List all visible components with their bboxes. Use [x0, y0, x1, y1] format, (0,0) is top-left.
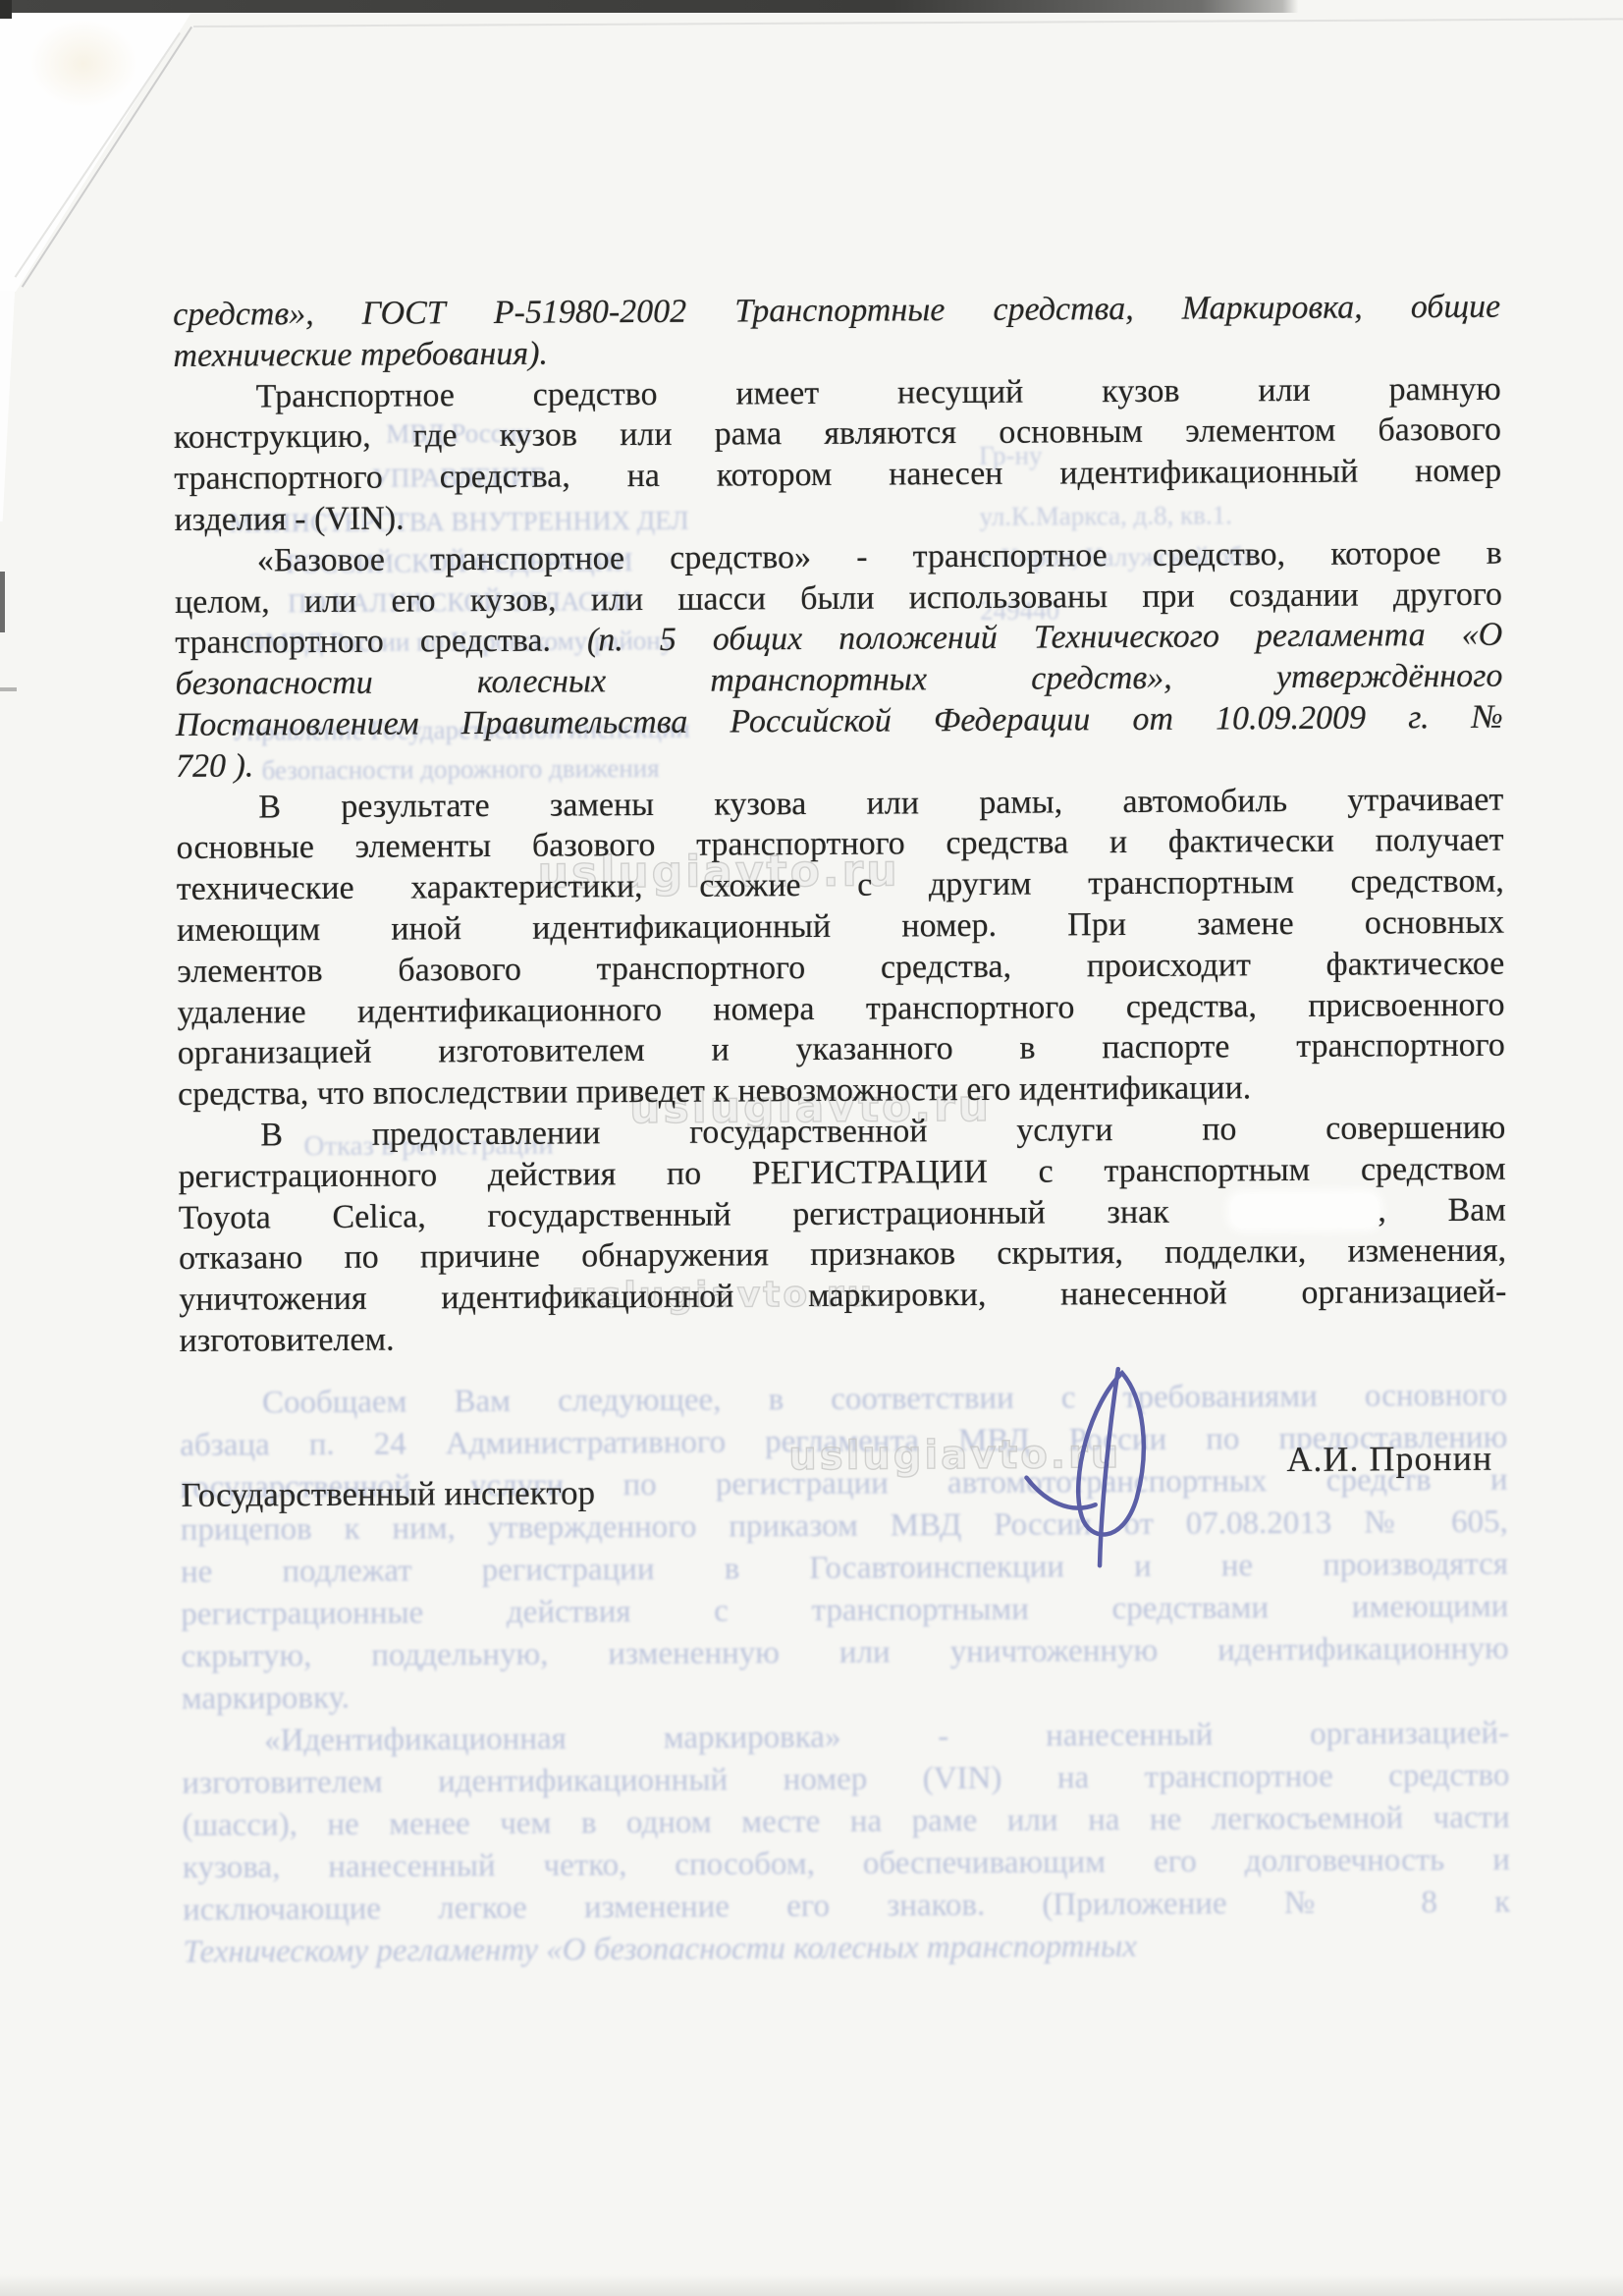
- document-line: изготовителем.: [179, 1313, 1506, 1364]
- left-edge-mark: [0, 572, 5, 632]
- signer-name: А.И. Пронин: [1286, 1438, 1492, 1480]
- scan-content: МВД РоссииУПРАВЛЕНИЕМИНИСТЕРСТВА ВНУТРЕН…: [0, 0, 1623, 2296]
- redacted-plate-box: [1230, 1193, 1378, 1228]
- paper-smudge: [29, 20, 137, 108]
- signer-title: Государственный инспектор: [181, 1473, 595, 1515]
- scan-edge-bar: [0, 0, 1623, 13]
- bottom-scan-shade: [0, 2274, 1623, 2296]
- signature-ink: [975, 1351, 1212, 1588]
- scanned-document-page: МВД РоссииУПРАВЛЕНИЕМИНИСТЕРСТВА ВНУТРЕН…: [0, 0, 1623, 2296]
- scan-edge-nub: [0, 0, 12, 19]
- left-edge-tick: [0, 687, 17, 691]
- bleed-body-line: Техническому регламенту «О безопасности …: [183, 1924, 1510, 1975]
